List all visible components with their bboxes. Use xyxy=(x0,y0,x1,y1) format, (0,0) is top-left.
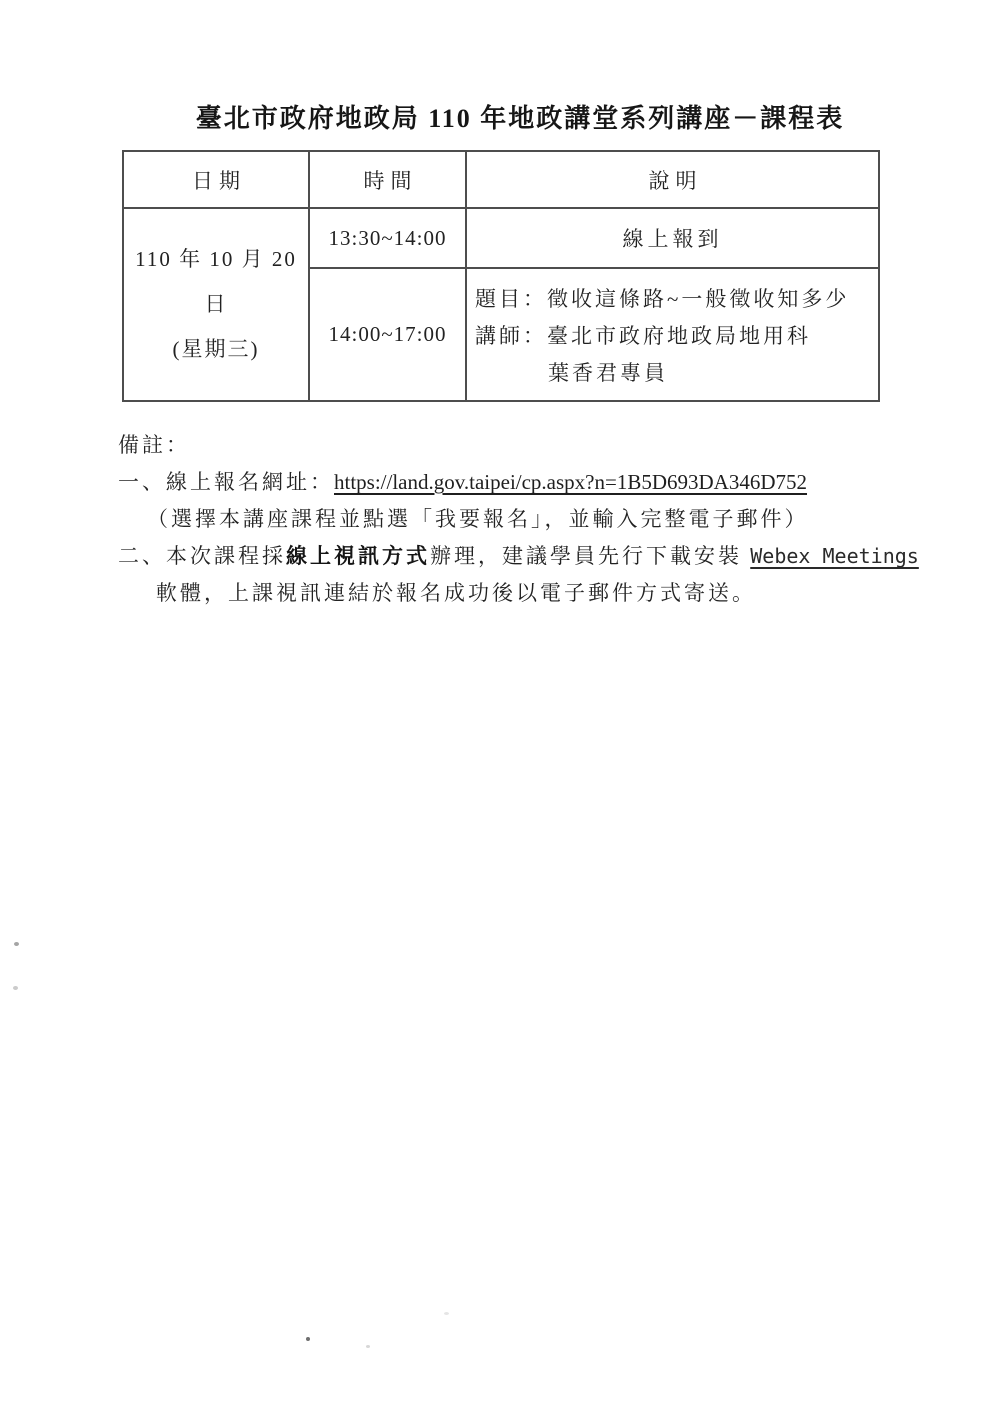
scan-speckle xyxy=(14,942,19,946)
webex-app-name: Webex Meetings xyxy=(750,544,919,568)
course-schedule-table: 日期 時間 說明 110 年 10 月 20 日 (星期三) 13:30~14:… xyxy=(122,150,880,402)
header-cell-date: 日期 xyxy=(123,151,309,208)
description-cell-lecture: 題目：徵收這條路~一般徵收知多少 講師：臺北市政府地政局地用科 葉香君專員 xyxy=(466,268,879,401)
header-cell-description: 說明 xyxy=(466,151,879,208)
scan-speckle xyxy=(366,1345,370,1348)
time-cell-checkin: 13:30~14:00 xyxy=(309,208,466,268)
date-line: 110 年 10 月 20 日 xyxy=(124,237,308,327)
lecturer-name-line: 葉香君專員 xyxy=(475,355,874,392)
scan-speckle xyxy=(306,1337,310,1341)
lecture-topic-line: 題目：徵收這條路~一般徵收知多少 xyxy=(475,281,874,318)
scan-speckle xyxy=(444,1312,449,1315)
table-row: 110 年 10 月 20 日 (星期三) 13:30~14:00 線上報到 xyxy=(123,208,879,268)
weekday-line: (星期三) xyxy=(124,327,308,372)
notes-label: 備註： xyxy=(118,427,908,464)
scanned-document-page: 臺北市政府地政局 110 年地政講堂系列講座－課程表 日期 時間 說明 110 … xyxy=(0,0,1000,1413)
note-item-1-continuation: （選擇本講座課程並點選「我要報名」，並輸入完整電子郵件） xyxy=(118,501,908,538)
note-item-2: 二、本次課程採線上視訊方式辦理，建議學員先行下載安裝 Webex Meeting… xyxy=(118,538,908,575)
date-cell: 110 年 10 月 20 日 (星期三) xyxy=(123,208,309,401)
description-cell-checkin: 線上報到 xyxy=(466,208,879,268)
table-header-row: 日期 時間 說明 xyxy=(123,151,879,208)
registration-url: https://land.gov.taipei/cp.aspx?n=1B5D69… xyxy=(334,470,807,494)
lecturer-line: 講師：臺北市政府地政局地用科 xyxy=(475,318,874,355)
note2-middle: 辦理，建議學員先行下載安裝 xyxy=(430,544,750,568)
time-cell-lecture: 14:00~17:00 xyxy=(309,268,466,401)
note-item-1: 一、線上報名網址：https://land.gov.taipei/cp.aspx… xyxy=(118,464,908,501)
note2-emphasis: 線上視訊方式 xyxy=(286,544,430,568)
scan-speckle xyxy=(13,986,18,990)
document-title: 臺北市政府地政局 110 年地政講堂系列講座－課程表 xyxy=(0,98,1000,135)
notes-section: 備註： 一、線上報名網址：https://land.gov.taipei/cp.… xyxy=(118,427,908,612)
note-item-2-continuation: 軟體，上課視訊連結於報名成功後以電子郵件方式寄送。 xyxy=(118,575,908,612)
header-cell-time: 時間 xyxy=(309,151,466,208)
note2-lead: 二、本次課程採 xyxy=(118,544,286,568)
note1-lead: 一、線上報名網址： xyxy=(118,470,334,494)
